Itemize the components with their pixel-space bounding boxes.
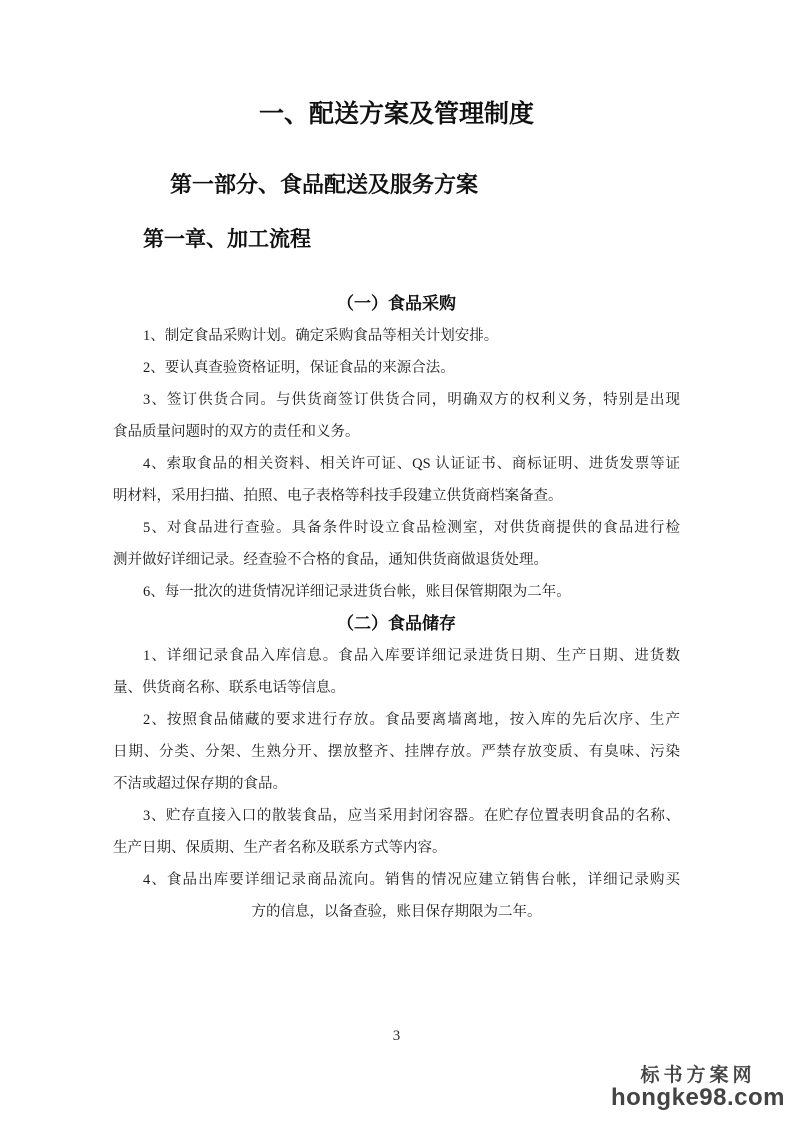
text-line: 测并做好详细记录。经查验不合格的食品，通知供货商做退货处理。 xyxy=(113,544,680,576)
text-line: 量、供货商名称、联系电话等信息。 xyxy=(113,672,680,704)
text-line: 明材料，采用扫描、拍照、电子表格等科技手段建立供货商档案备查。 xyxy=(113,480,680,512)
text-line: 3、签订供货合同。与供货商签订供货合同，明确双方的权利义务，特别是出现 xyxy=(113,384,680,416)
part-heading: 第一部分、食品配送及服务方案 xyxy=(170,170,680,200)
watermark-site-url: hongke98.com xyxy=(611,1086,785,1110)
text-line: 6、每一批次的进货情况详细记录进货台帐，账目保管期限为二年。 xyxy=(113,576,680,608)
text-line: 2、要认真查验资格证明，保证食品的来源合法。 xyxy=(113,352,680,384)
text-line: 5、对食品进行查验。具备条件时设立食品检测室，对供货商提供的食品进行检 xyxy=(113,512,680,544)
section-heading: （二）食品储存 xyxy=(113,608,680,640)
text-line: 生产日期、保质期、生产者名称及联系方式等内容。 xyxy=(113,832,680,864)
text-line: 方的信息，以备查验，账目保存期限为二年。 xyxy=(113,896,680,928)
text-line: 3、贮存直接入口的散装食品，应当采用封闭容器。在贮存位置表明食品的名称、 xyxy=(113,800,680,832)
document-body: （一）食品采购1、制定食品采购计划。确定采购食品等相关计划安排。2、要认真查验资… xyxy=(113,288,680,928)
text-line: 食品质量问题时的双方的责任和义务。 xyxy=(113,416,680,448)
text-line: 1、详细记录食品入库信息。食品入库要详细记录进货日期、生产日期、进货数 xyxy=(113,640,680,672)
text-line: 不洁或超过保存期的食品。 xyxy=(113,768,680,800)
text-line: 4、索取食品的相关资料、相关许可证、QS 认证证书、商标证明、进货发票等证 xyxy=(113,448,680,480)
section-heading: （一）食品采购 xyxy=(113,288,680,320)
document-page: 一、配送方案及管理制度 第一部分、食品配送及服务方案 第一章、加工流程 （一）食… xyxy=(0,0,793,1122)
text-line: 4、食品出库要详细记录商品流向。销售的情况应建立销售台帐，详细记录购买 xyxy=(113,864,680,896)
text-line: 日期、分类、分架、生熟分开、摆放整齐、挂牌存放。严禁存放变质、有臭味、污染 xyxy=(113,736,680,768)
document-title: 一、配送方案及管理制度 xyxy=(113,97,680,131)
chapter-heading: 第一章、加工流程 xyxy=(143,226,680,254)
text-line: 2、按照食品储藏的要求进行存放。食品要离墙离地，按入库的先后次序、生产 xyxy=(113,704,680,736)
watermark: 标书方案网 hongke98.com xyxy=(611,1066,785,1110)
page-number: 3 xyxy=(0,1028,793,1045)
text-line: 1、制定食品采购计划。确定采购食品等相关计划安排。 xyxy=(113,320,680,352)
watermark-site-name: 标书方案网 xyxy=(611,1066,785,1086)
